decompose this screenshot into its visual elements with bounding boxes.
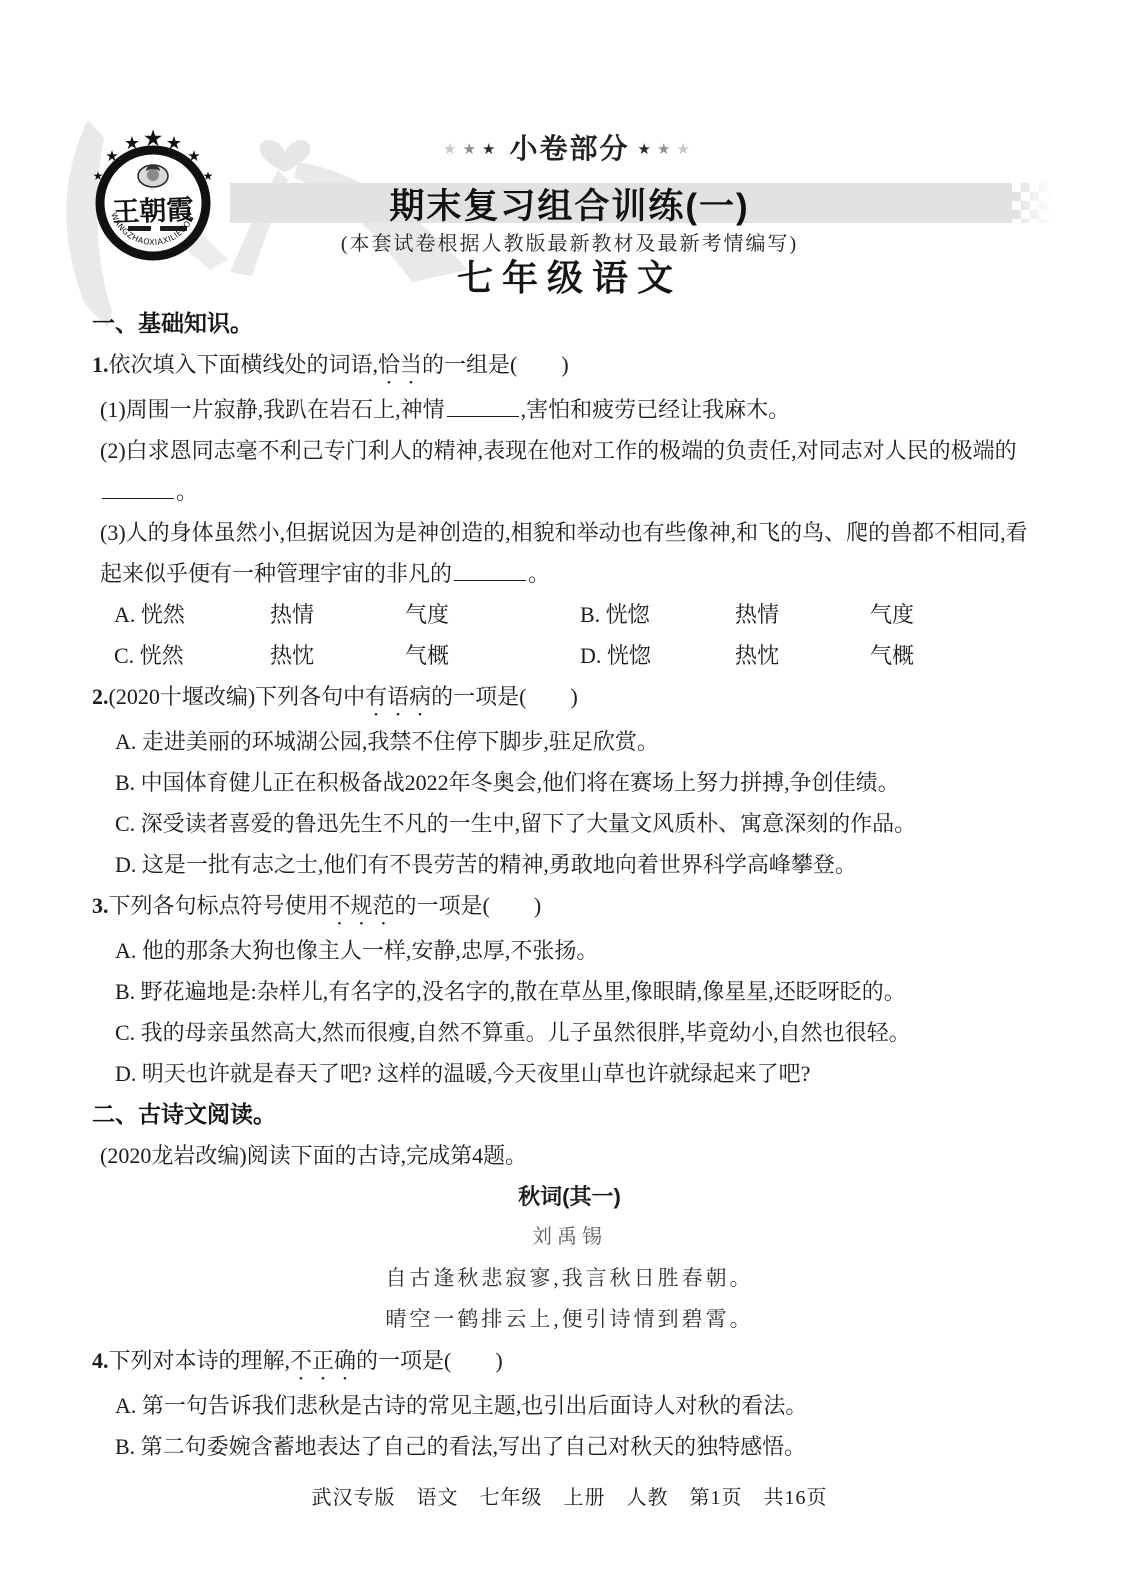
option-c: C. 恍然 xyxy=(114,635,270,676)
prompt-text: (2020十堰改编)下列各句中 xyxy=(109,684,366,709)
exam-paper-scan: { "header": { "kicker": { "star": "★", "… xyxy=(0,0,1139,1582)
publisher-logo: ★ ★ ★ ★ ★ ★ ★ 王朝霞 WANGZHAOXIAXILIECONGSH… xyxy=(84,117,226,269)
star-icon: ★ xyxy=(463,141,482,158)
answer-blank xyxy=(447,397,519,417)
question-1-options-row-1: A. 恍然 热情 气度 B. 恍惚 热情 气度 xyxy=(92,594,1047,635)
item-text: 。 xyxy=(176,479,198,504)
prompt-text: 下列对本诗的理解, xyxy=(109,1348,291,1373)
option-b: B. 恍惚 xyxy=(580,594,735,635)
question-1-options-row-2: C. 恍然 热忱 气概 D. 恍惚 热忱 气概 xyxy=(92,635,1047,676)
question-number: 3. xyxy=(92,893,109,918)
option-word: 气度 xyxy=(405,594,580,635)
question-3-option-a: A. 他的那条大狗也像主人一样,安静,忠厚,不张扬。 xyxy=(92,930,1047,971)
emphasized-text: 有语病 xyxy=(365,684,431,709)
emphasized-text: 恰当 xyxy=(378,352,422,377)
question-1-item-2: (2)白求恩同志毫不利己专门利人的精神,表现在他对工作的极端的负责任,对同志对人… xyxy=(92,430,1047,512)
question-2-option-a: A. 走进美丽的环城湖公园,我禁不住停下脚步,驻足欣赏。 xyxy=(92,721,1047,762)
question-2-prompt: 2.(2020十堰改编)下列各句中有语病的一项是( ) xyxy=(92,676,1047,721)
section-heading-2: 二、古诗文阅读。 xyxy=(92,1094,1047,1135)
star-icon: ★ xyxy=(638,141,657,158)
section-heading-1: 一、基础知识。 xyxy=(92,303,1047,344)
emphasized-text: 不规范 xyxy=(329,893,395,918)
item-text: ,害怕和疲劳已经让我麻木。 xyxy=(521,397,791,422)
poem-title: 秋词(其一) xyxy=(92,1176,1047,1217)
question-4-option-b: B. 第二句委婉含蓄地表达了自己的看法,写出了自己对秋天的独特感悟。 xyxy=(92,1426,1047,1467)
question-3-option-b: B. 野花遍地是:杂样儿,有名字的,没名字的,散在草丛里,像眼睛,像星星,还眨呀… xyxy=(92,971,1047,1012)
prompt-text: 的一项是( ) xyxy=(431,684,578,709)
kicker-label: 小卷部分 xyxy=(509,133,629,164)
question-2-option-c: C. 深受读者喜爱的鲁迅先生不凡的一生中,留下了大量文风质朴、寓意深刻的作品。 xyxy=(92,803,1047,844)
question-4-option-a: A. 第一句告诉我们悲秋是古诗的常见主题,也引出后面诗人对秋的看法。 xyxy=(92,1385,1047,1426)
star-icon: ★ xyxy=(443,141,462,158)
answer-blank xyxy=(454,561,526,581)
question-4-prompt: 4.下列对本诗的理解,不正确的一项是( ) xyxy=(92,1340,1047,1385)
item-text: (1)周围一片寂静,我趴在岩石上,神情 xyxy=(100,397,445,422)
star-icon: ★ xyxy=(482,141,501,158)
question-3-option-c: C. 我的母亲虽然高大,然而很瘦,自然不算重。儿子虽然很胖,毕竟幼小,自然也很轻… xyxy=(92,1012,1047,1053)
item-text: (3)人的身体虽然小,但据说因为是神创造的,相貌和举动也有些像神,和飞的鸟、爬的… xyxy=(100,520,1028,586)
question-1-item-1: (1)周围一片寂静,我趴在岩石上,神情,害怕和疲劳已经让我麻木。 xyxy=(92,389,1047,430)
prompt-text: 的一项是( ) xyxy=(395,893,542,918)
option-d: D. 恍惚 xyxy=(580,635,735,676)
option-word: 气度 xyxy=(870,594,1047,635)
page-footer: 武汉专版 语文 七年级 上册 人教 第1页 共16页 xyxy=(0,1481,1139,1510)
poem-author: 刘禹锡 xyxy=(92,1217,1047,1258)
answer-blank xyxy=(102,479,174,499)
question-2-option-d: D. 这是一批有志之士,他们有不畏劳苦的精神,勇敢地向着世界科学高峰攀登。 xyxy=(92,844,1047,885)
option-word: 气概 xyxy=(405,635,580,676)
question-2-option-b: B. 中国体育健儿正在积极备战2022年冬奥会,他们将在赛场上努力拼搏,争创佳绩… xyxy=(92,762,1047,803)
prompt-text: 下列各句标点符号使用 xyxy=(109,893,329,918)
question-number: 2. xyxy=(92,684,109,709)
option-a: A. 恍然 xyxy=(114,594,270,635)
question-3-option-d: D. 明天也许就是春天了吧? 这样的温暖,今天夜里山草也许就绿起来了吧? xyxy=(92,1053,1047,1094)
question-1-item-3: (3)人的身体虽然小,但据说因为是神创造的,相貌和举动也有些像神,和飞的鸟、爬的… xyxy=(92,512,1047,594)
question-number: 1. xyxy=(92,352,109,377)
question-3-prompt: 3.下列各句标点符号使用不规范的一项是( ) xyxy=(92,885,1047,930)
logo-portrait-face xyxy=(147,169,159,181)
reading-intro: (2020龙岩改编)阅读下面的古诗,完成第4题。 xyxy=(92,1135,1047,1176)
option-word: 热情 xyxy=(270,594,405,635)
question-number: 4. xyxy=(92,1348,109,1373)
prompt-text: 依次填入下面横线处的词语, xyxy=(109,352,379,377)
poem-line: 自古逢秋悲寂寥,我言秋日胜春朝。 xyxy=(92,1258,1047,1299)
option-word: 气概 xyxy=(870,635,1047,676)
item-text: 。 xyxy=(528,561,550,586)
prompt-text: 的一组是( ) xyxy=(422,352,569,377)
option-word: 热忱 xyxy=(735,635,870,676)
star-icon: ★ xyxy=(657,141,676,158)
logo-calligraphy: 王朝霞 xyxy=(112,195,194,229)
emphasized-text: 不正确 xyxy=(290,1348,356,1373)
option-word: 热情 xyxy=(735,594,870,635)
star-icon: ★ xyxy=(676,141,695,158)
paper-body: 一、基础知识。 1.依次填入下面横线处的词语,恰当的一组是( ) (1)周围一片… xyxy=(92,303,1047,1467)
option-word: 热忱 xyxy=(270,635,405,676)
item-text: (2)白求恩同志毫不利己专门利人的精神,表现在他对工作的极端的负责任,对同志对人… xyxy=(100,438,1017,463)
poem-line: 晴空一鹤排云上,便引诗情到碧霄。 xyxy=(92,1299,1047,1340)
prompt-text: 的一项是( ) xyxy=(356,1348,503,1373)
question-1-prompt: 1.依次填入下面横线处的词语,恰当的一组是( ) xyxy=(92,344,1047,389)
